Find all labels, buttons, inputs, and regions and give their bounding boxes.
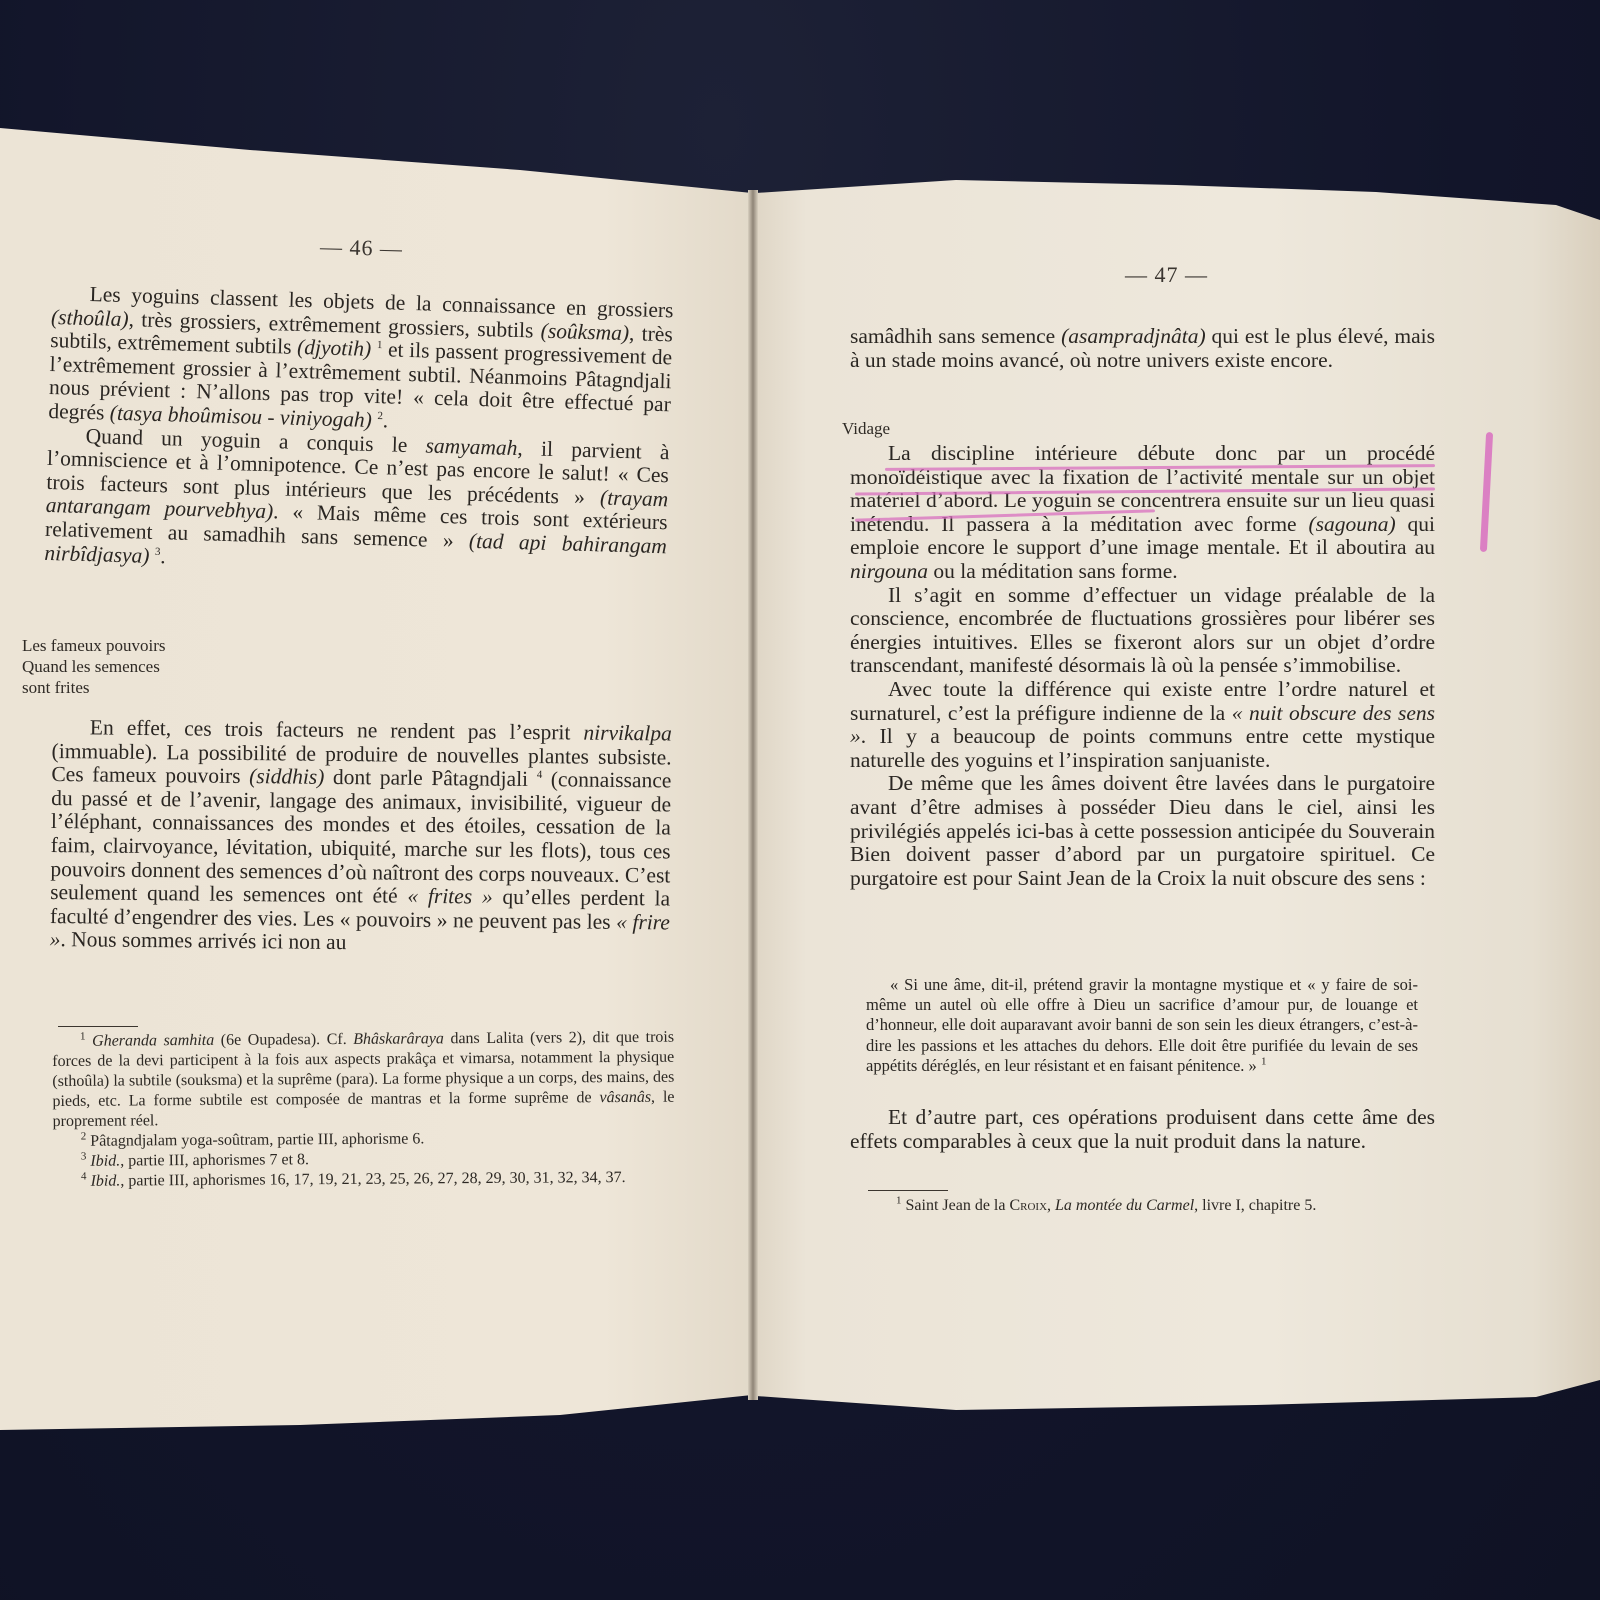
italic-term: Ibid. xyxy=(90,1173,120,1190)
page-number-left: — 46 — xyxy=(320,234,404,262)
marginal-heading-vidage: Vidage xyxy=(842,418,890,439)
footnote-divider-left xyxy=(58,1026,138,1027)
text-run: , livre I, chapitre 5. xyxy=(1194,1197,1316,1214)
small-caps-text: Croix xyxy=(1009,1197,1047,1214)
footnote-ref: 4 xyxy=(81,1170,87,1182)
paragraph: Et d’autre part, ces opérations produise… xyxy=(850,1106,1435,1153)
paragraph: samâdhih sans semence (asampradjnâta) qu… xyxy=(850,325,1435,372)
text-run: . xyxy=(160,544,166,568)
right-body-text: samâdhih sans semence (asampradjnâta) qu… xyxy=(850,325,1435,372)
text-run: Saint Jean de la xyxy=(902,1197,1010,1214)
text-run: . Il y a beaucoup de points communs entr… xyxy=(850,724,1435,772)
italic-term: Ibid. xyxy=(90,1153,120,1170)
paragraph: En effet, ces trois facteurs ne rendent … xyxy=(50,716,672,958)
footnote: 1 Saint Jean de la Croix, La montée du C… xyxy=(868,1196,1448,1216)
italic-term: samyamah xyxy=(425,433,518,460)
block-quote: « Si une âme, dit-il, prétend gravir la … xyxy=(866,975,1418,1076)
marginal-heading-left: Les fameux pouvoirs Quand les semences s… xyxy=(22,635,166,698)
marginal-heading-line: Quand les semences xyxy=(22,656,166,677)
text-run: Et d’autre part, ces opérations produise… xyxy=(850,1105,1435,1153)
italic-term: nirgouna xyxy=(850,559,928,583)
page-number-right: — 47 — xyxy=(1125,262,1208,288)
italic-term: « frites » xyxy=(407,884,493,909)
text-run: dont parle Pâtagndjali xyxy=(324,765,537,791)
footnote-ref: 1 xyxy=(80,1030,86,1042)
book-gutter xyxy=(748,190,758,1400)
italic-term: (sagouna) xyxy=(1308,512,1395,536)
right-body-text-3: Et d’autre part, ces opérations produise… xyxy=(850,1106,1435,1153)
paragraph: Avec toute la différence qui existe entr… xyxy=(850,678,1435,772)
text-run: samâdhih sans semence xyxy=(850,324,1061,348)
italic-term: (siddhis) xyxy=(249,764,324,789)
footnotes-right: 1 Saint Jean de la Croix, La montée du C… xyxy=(868,1196,1448,1216)
text-run: Il s’agit en somme d’effectuer un vidage… xyxy=(850,583,1435,678)
text-run: , partie III, aphorismes 16, 17, 19, 21,… xyxy=(120,1169,625,1190)
paragraph: La discipline intérieure débute donc par… xyxy=(850,442,1435,584)
text-run: (6e Oupadesa). Cf. xyxy=(214,1031,353,1049)
paragraph: Quand un yoguin a conquis le samyamah, i… xyxy=(44,424,670,583)
text-run: Pâtagndjalam yoga-soûtram, partie III, a… xyxy=(86,1130,424,1149)
open-book: — 46 — Les yoguins classent les objets d… xyxy=(0,0,1600,1600)
paragraph: Les yoguins classent les objets de la co… xyxy=(48,282,674,441)
text-run: , xyxy=(1047,1197,1055,1214)
italic-term: (asampradjnâta) xyxy=(1061,324,1206,348)
left-body-text-2: En effet, ces trois facteurs ne rendent … xyxy=(50,716,672,958)
marginal-heading-line: Les fameux pouvoirs xyxy=(22,635,166,656)
text-run: ou la méditation sans forme. xyxy=(928,559,1178,583)
italic-term: Gheranda samhita xyxy=(92,1032,214,1050)
paragraph: Il s’agit en somme d’effectuer un vidage… xyxy=(850,584,1435,678)
italic-term: vâsanâs xyxy=(599,1089,651,1106)
footnote: 1 Gheranda samhita (6e Oupadesa). Cf. Bh… xyxy=(52,1028,675,1132)
italic-term: La montée du Carmel xyxy=(1055,1197,1194,1214)
footnote-ref: 1 xyxy=(1261,1055,1267,1067)
footnote-divider-right xyxy=(868,1190,948,1191)
text-run: « Si une âme, dit-il, prétend gravir la … xyxy=(866,975,1418,1075)
text-run: , partie III, aphorismes 7 et 8. xyxy=(120,1151,309,1169)
footnotes-left: 1 Gheranda samhita (6e Oupadesa). Cf. Bh… xyxy=(52,1028,675,1192)
italic-term: (djyotih) xyxy=(297,335,372,361)
footnote-ref: 3 xyxy=(81,1150,87,1162)
italic-term: (soûksma) xyxy=(540,318,629,344)
text-run: De même que les âmes doivent être lavées… xyxy=(850,771,1435,889)
text-run: . Nous sommes arrivés ici non au xyxy=(60,927,346,954)
left-body-text: Les yoguins classent les objets de la co… xyxy=(44,282,674,582)
italic-term: nirvikalpa xyxy=(583,721,672,746)
marginal-heading-line: sont frites xyxy=(22,677,166,698)
italic-term: Bhâskarâraya xyxy=(353,1030,444,1048)
text-run: . xyxy=(382,408,388,432)
italic-term: (sthoûla) xyxy=(51,305,129,331)
paragraph: De même que les âmes doivent être lavées… xyxy=(850,772,1435,890)
